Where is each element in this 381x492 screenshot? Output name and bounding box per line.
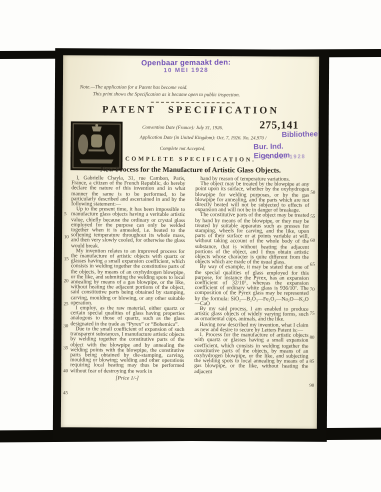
line-number: 10 xyxy=(64,235,69,240)
convention-date-line: Convention Date (France): July 31, 1926. xyxy=(118,126,248,132)
paragraph: By way of example, it may be stated that… xyxy=(195,265,309,307)
line-number: 30 xyxy=(63,324,68,329)
line-number: 90 xyxy=(309,384,314,389)
line-number: 75 xyxy=(310,312,315,317)
line-number: 15 xyxy=(64,257,69,262)
stamp-date: 10 MEI 1928 xyxy=(121,67,251,74)
line-number: 60 xyxy=(310,239,315,244)
line-number: 85 xyxy=(309,360,314,365)
paragraph: I, Gabrielle Chayla, 31, rue Cambon, Par… xyxy=(71,176,185,208)
paragraph: By my said process, I am enabled to prod… xyxy=(195,307,309,323)
line-number: 80 xyxy=(310,336,315,341)
paragraph: The object may be treated by the blowpip… xyxy=(195,182,309,214)
dashed-divider xyxy=(151,102,235,104)
left-column: I, Gabrielle Chayla, 31, rue Cambon, Par… xyxy=(70,176,185,382)
specification-body: I, Gabrielle Chayla, 31, rue Cambon, Par… xyxy=(70,176,309,382)
void-note-line2: This print shows the Specification as it… xyxy=(93,92,240,98)
line-number: 40 xyxy=(63,369,68,374)
paragraph: 1. Process for the manufacture of artist… xyxy=(194,333,308,375)
scanned-document-photo: Openbaar gemaakt den: 10 MEI 1928 Biblio… xyxy=(0,0,381,492)
status-line: Complete not Accepted. xyxy=(118,147,248,153)
line-number: 35 xyxy=(63,346,68,351)
paragraph: Due to the small coefficient of expansio… xyxy=(70,327,184,375)
application-date-line: Application Date (in United Kingdom): Oc… xyxy=(121,136,286,142)
right-column: hand by reason of temperature variations… xyxy=(194,177,309,383)
paragraph: The constitutive parts of the object may… xyxy=(195,213,309,266)
paragraph: I employ, as the raw material, either qu… xyxy=(70,306,184,328)
void-note-line1: Note.—The application for a Patent has b… xyxy=(80,85,188,91)
line-number: 55 xyxy=(310,215,315,220)
price-note: [Price 1/-] xyxy=(70,376,184,382)
patent-document-page: Openbaar gemaakt den: 10 MEI 1928 Biblio… xyxy=(61,55,319,429)
page-title: PATENT SPECIFICATION xyxy=(63,104,319,117)
line-number: 70 xyxy=(310,288,315,293)
line-number: 20 xyxy=(64,279,69,284)
line-number: 50 xyxy=(310,191,315,196)
line-number: 65 xyxy=(310,263,315,268)
line-number: 25 xyxy=(64,302,69,307)
patent-number: 275,141 xyxy=(259,119,298,131)
invention-title: New Process for the Manufacture of Artis… xyxy=(75,165,305,174)
paragraph: My invention relates to an improved proc… xyxy=(71,249,185,307)
openbaar-gemaakt-stamp: Openbaar gemaakt den: 10 MEI 1928 xyxy=(121,57,251,74)
line-number: 5 xyxy=(64,212,66,217)
stamp-text: Openbaar gemaakt den: xyxy=(121,57,251,67)
line-number: 45 xyxy=(63,391,68,396)
paragraph: Up to the present time, it has been impo… xyxy=(71,207,185,249)
